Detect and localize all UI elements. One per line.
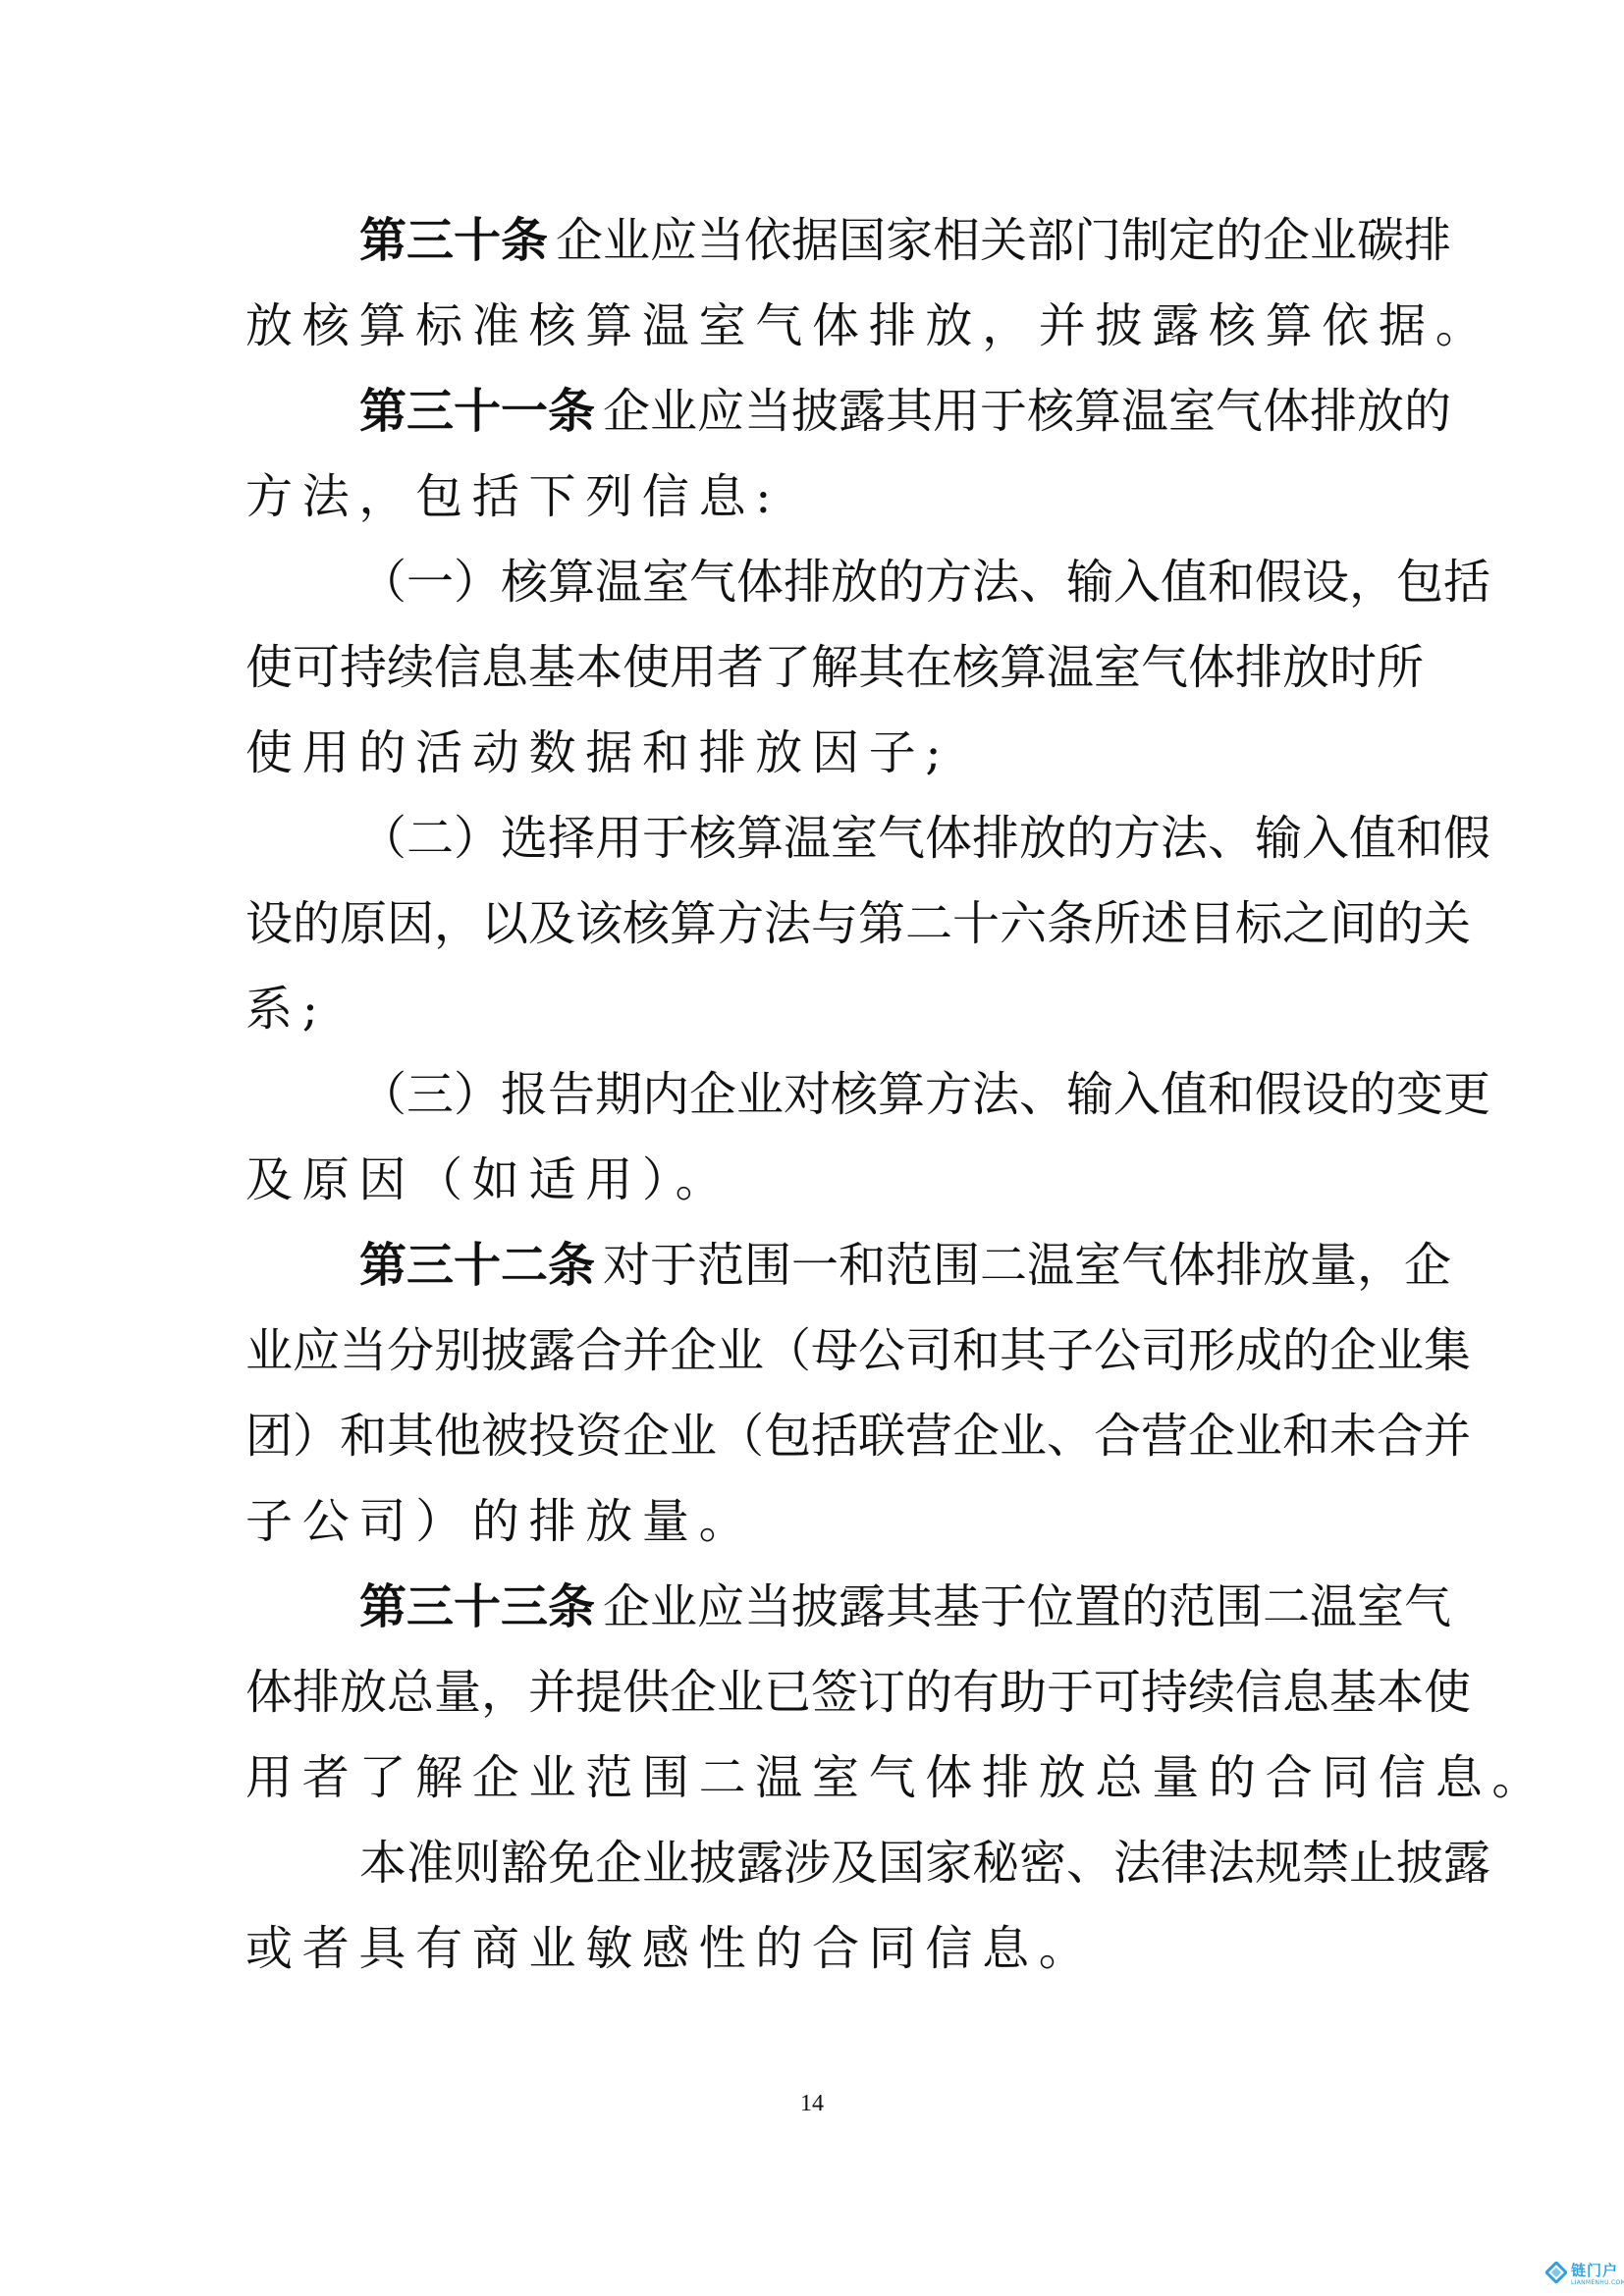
- text-line: 及原因（如适用）。: [245, 1138, 1380, 1223]
- watermark-name: 链门户: [1571, 2260, 1618, 2280]
- line-text: 及原因（如适用）。: [245, 1152, 731, 1207]
- text-line: 体排放总量，并提供企业已签订的有助于可持续信息基本使: [245, 1650, 1380, 1735]
- page-number: 14: [0, 2091, 1624, 2117]
- article-number: 第三十三条: [359, 1579, 595, 1634]
- text-line: 本准则豁免企业披露涉及国家秘密、法律法规禁止披露: [245, 1821, 1380, 1906]
- line-text: 企业应当依据国家相关部门制定的企业碳排: [556, 213, 1451, 268]
- line-text: （二）选择用于核算温室气体排放的方法、输入值和假: [359, 811, 1490, 866]
- line-text: 子公司）的排放量。: [245, 1494, 755, 1549]
- text-line: 使可持续信息基本使用者了解其在核算温室气体排放时所: [245, 625, 1380, 711]
- line-text: 企业应当披露其基于位置的范围二温室气: [603, 1579, 1451, 1634]
- line-text: 对于范围一和范围二温室气体排放量，企: [603, 1238, 1451, 1293]
- text-line: 或者具有商业敏感性的合同信息。: [245, 1906, 1380, 1992]
- text-line: 子公司）的排放量。: [245, 1479, 1380, 1565]
- line-text: 企业应当披露其用于核算温室气体排放的: [603, 384, 1451, 439]
- text-line: 使用的活动数据和排放因子;: [245, 711, 1380, 796]
- line-text: 本准则豁免企业披露涉及国家秘密、法律法规禁止披露: [359, 1836, 1490, 1891]
- text-line: 放核算标准核算温室气体排放，并披露核算依据。: [245, 284, 1380, 369]
- line-text: 使可持续信息基本使用者了解其在核算温室气体排放时所: [245, 640, 1424, 695]
- article-number: 第三十一条: [359, 384, 595, 439]
- line-text: （三）报告期内企业对核算方法、输入值和假设的变更: [359, 1067, 1490, 1122]
- line-text: 设的原因，以及该核算方法与第二十六条所述目标之间的关: [245, 896, 1471, 951]
- article-line: 第三十条企业应当依据国家相关部门制定的企业碳排: [245, 198, 1380, 284]
- text-line: （二）选择用于核算温室气体排放的方法、输入值和假: [245, 796, 1380, 881]
- line-text: 系;: [245, 982, 328, 1037]
- document-body: 第三十条企业应当依据国家相关部门制定的企业碳排放核算标准核算温室气体排放，并披露…: [245, 198, 1380, 1992]
- text-line: 团）和其他被投资企业（包括联营企业、合营企业和未合并: [245, 1394, 1380, 1479]
- line-text: 业应当分别披露合并企业（母公司和其子公司形成的企业集: [245, 1323, 1471, 1378]
- line-text: 使用的活动数据和排放因子;: [245, 725, 950, 780]
- text-line: 设的原因，以及该核算方法与第二十六条所述目标之间的关: [245, 881, 1380, 967]
- text-line: 方法，包括下列信息:: [245, 454, 1380, 540]
- article-number: 第三十条: [359, 213, 548, 268]
- article-number: 第三十二条: [359, 1238, 595, 1293]
- text-line: 业应当分别披露合并企业（母公司和其子公司形成的企业集: [245, 1308, 1380, 1394]
- article-line: 第三十三条企业应当披露其基于位置的范围二温室气: [245, 1565, 1380, 1650]
- text-line: （一）核算温室气体排放的方法、输入值和假设，包括: [245, 540, 1380, 625]
- text-line: （三）报告期内企业对核算方法、输入值和假设的变更: [245, 1052, 1380, 1138]
- text-line: 系;: [245, 967, 1380, 1052]
- article-line: 第三十一条企业应当披露其用于核算温室气体排放的: [245, 369, 1380, 454]
- watermark: 链门户 LIANMENHU.COM: [1545, 2258, 1624, 2296]
- line-text: 放核算标准核算温室气体排放，并披露核算依据。: [245, 298, 1491, 353]
- watermark-domain: LIANMENHU.COM: [1571, 2279, 1624, 2286]
- line-text: 团）和其他被投资企业（包括联营企业、合营企业和未合并: [245, 1409, 1471, 1464]
- article-line: 第三十二条对于范围一和范围二温室气体排放量，企: [245, 1223, 1380, 1308]
- text-line: 用者了解企业范围二温室气体排放总量的合同信息。: [245, 1735, 1380, 1821]
- line-text: 方法，包括下列信息:: [245, 469, 781, 524]
- line-text: 或者具有商业敏感性的合同信息。: [245, 1921, 1096, 1976]
- line-text: 用者了解企业范围二温室气体排放总量的合同信息。: [245, 1750, 1548, 1805]
- document-page: 第三十条企业应当依据国家相关部门制定的企业碳排放核算标准核算温室气体排放，并披露…: [0, 0, 1624, 2296]
- line-text: 体排放总量，并提供企业已签订的有助于可持续信息基本使: [245, 1665, 1471, 1720]
- line-text: （一）核算温室气体排放的方法、输入值和假设，包括: [359, 555, 1490, 610]
- watermark-logo-icon: [1545, 2262, 1567, 2283]
